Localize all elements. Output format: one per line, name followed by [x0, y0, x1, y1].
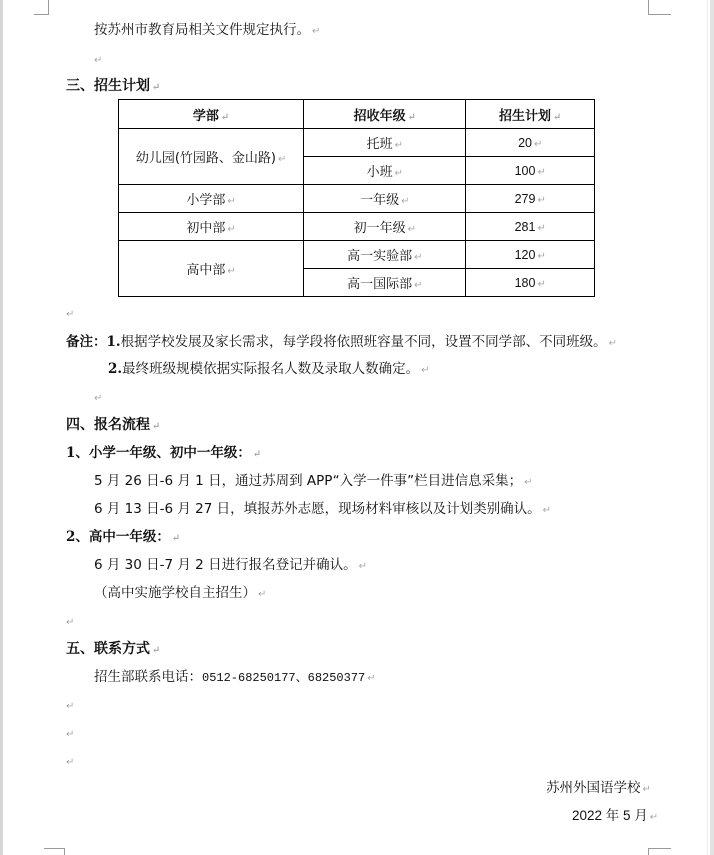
empty-paragraph: ↵: [64, 304, 74, 324]
sub2-line-2: （高中实施学校自主招生）↵: [94, 584, 266, 604]
table-row: 初中部↵ 初一年级↵ 281↵: [119, 213, 595, 241]
paragraph-mark-icon: ↵: [258, 589, 266, 600]
empty-paragraph: ↵: [92, 50, 102, 70]
grade-cell: 初一年级↵: [304, 213, 466, 241]
crop-mark-bottom-right: [648, 848, 671, 855]
paragraph-mark-icon: ↵: [421, 365, 429, 376]
paragraph-mark-icon: ↵: [524, 477, 532, 488]
table-row: 幼儿园(竹园路、金山路)↵ 托班↵ 20↵: [119, 129, 595, 157]
grade-cell: 高一国际部↵: [304, 269, 466, 297]
date-text: 2022 年 5 月: [572, 808, 648, 823]
grade-cell: 高一实验部↵: [304, 241, 466, 269]
body-text: 5 月 26 日-6 月 1 日，通过苏周到 APP“入学一件事”栏目进信息采集…: [94, 473, 522, 489]
school-name: 苏州外国语学校: [546, 780, 641, 796]
paragraph-mark-icon: ↵: [367, 673, 375, 684]
plan-cell: 281↵: [466, 213, 595, 241]
dept-cell: 高中部↵: [119, 241, 304, 297]
dept-cell: 初中部↵: [119, 213, 304, 241]
paragraph-mark-icon: ↵: [66, 309, 74, 320]
plan-cell: 120↵: [466, 241, 595, 269]
enrollment-plan-table: 学部↵ 招收年级↵ 招生计划↵ 幼儿园(竹园路、金山路)↵ 托班↵ 20↵ 小班…: [118, 99, 595, 297]
signature-date: 2022 年 5 月↵: [572, 807, 658, 827]
page-right-edge-line: [707, 0, 708, 855]
sub1-line-2: 6 月 13 日-6 月 27 日，填报苏外志愿，现场材料审核以及计划类别确认。…: [94, 500, 551, 520]
paragraph-mark-icon: ↵: [152, 645, 160, 656]
section4-sub2-title: 2、高中一年级：↵: [66, 528, 180, 548]
crop-mark-top-left: [34, 0, 49, 15]
header-grade: 招收年级↵: [304, 100, 466, 129]
paragraph-mark-icon: ↵: [66, 757, 74, 768]
paragraph-mark-icon: ↵: [152, 421, 160, 432]
plan-cell: 100↵: [466, 157, 595, 185]
page-left-edge: [0, 0, 3, 855]
plan-cell: 20↵: [466, 129, 595, 157]
table-header-row: 学部↵ 招收年级↵ 招生计划↵: [119, 100, 595, 129]
page-right-edge: [710, 0, 714, 855]
intro-text: 按苏州市教育局相关文件规定执行。: [94, 22, 310, 38]
notes-label: 备注：: [66, 334, 107, 350]
paragraph-mark-icon: ↵: [152, 82, 160, 93]
empty-paragraph: ↵: [64, 752, 74, 772]
empty-paragraph: ↵: [92, 388, 102, 408]
note-number: 2.: [108, 361, 122, 377]
paragraph-mark-icon: ↵: [94, 393, 102, 404]
grade-cell: 托班↵: [304, 129, 466, 157]
dept-cell: 幼儿园(竹园路、金山路)↵: [119, 129, 304, 185]
plan-cell: 279↵: [466, 185, 595, 213]
note-number: 1.: [107, 334, 121, 350]
empty-paragraph: ↵: [64, 612, 74, 632]
paragraph-mark-icon: ↵: [66, 729, 74, 740]
paragraph-mark-icon: ↵: [643, 784, 651, 795]
grade-cell: 小班↵: [304, 157, 466, 185]
paragraph-mark-icon: ↵: [359, 561, 367, 572]
sub1-line-1: 5 月 26 日-6 月 1 日，通过苏周到 APP“入学一件事”栏目进信息采集…: [94, 472, 533, 492]
note-line-1: 备注：1.根据学校发展及家长需求，每学段将依照班容量不同，设置不同学部、不同班级…: [66, 333, 617, 353]
plan-cell: 180↵: [466, 269, 595, 297]
note-text: 最终班级规模依据实际报名人数及录取人数确定。: [122, 361, 419, 377]
heading-text: 四、报名流程: [66, 417, 150, 433]
phone-label: 招生部联系电话：: [94, 669, 202, 685]
paragraph-mark-icon: ↵: [66, 701, 74, 712]
dept-cell: 小学部↵: [119, 185, 304, 213]
section4-heading: 四、报名流程↵: [66, 416, 160, 436]
contact-phone-line: 招生部联系电话：0512-68250177、68250377↵: [94, 668, 376, 688]
intro-line: 按苏州市教育局相关文件规定执行。↵: [94, 21, 320, 41]
heading-text: 五、联系方式: [66, 641, 150, 657]
paragraph-mark-icon: ↵: [172, 533, 180, 544]
signature-school: 苏州外国语学校↵: [546, 779, 651, 799]
empty-paragraph: ↵: [64, 696, 74, 716]
heading-text: 三、招生计划: [66, 78, 150, 94]
paragraph-mark-icon: ↵: [94, 55, 102, 66]
body-text: 6 月 13 日-6 月 27 日，填报苏外志愿，现场材料审核以及计划类别确认。: [94, 501, 541, 517]
table-row: 高中部↵ 高一实验部↵ 120↵: [119, 241, 595, 269]
table-row: 小学部↵ 一年级↵ 279↵: [119, 185, 595, 213]
paragraph-mark-icon: ↵: [543, 505, 551, 516]
subheading-text: 1、小学一年级、初中一年级：: [66, 445, 251, 461]
paragraph-mark-icon: ↵: [312, 26, 320, 37]
body-text: 6 月 30 日-7 月 2 日进行报名登记并确认。: [94, 557, 357, 573]
paragraph-mark-icon: ↵: [609, 338, 617, 349]
note-text: 根据学校发展及家长需求，每学段将依照班容量不同，设置不同学部、不同班级。: [121, 334, 607, 350]
section5-heading: 五、联系方式↵: [66, 640, 160, 660]
header-dept: 学部↵: [119, 100, 304, 129]
section3-heading: 三、招生计划↵: [66, 77, 160, 97]
section4-sub1-title: 1、小学一年级、初中一年级：↵: [66, 444, 261, 464]
paragraph-mark-icon: ↵: [253, 449, 261, 460]
body-text: （高中实施学校自主招生）: [94, 585, 256, 601]
crop-mark-bottom-left: [44, 848, 65, 855]
empty-paragraph: ↵: [64, 724, 74, 744]
note-line-2: 2.最终班级规模依据实际报名人数及录取人数确定。↵: [108, 360, 429, 380]
paragraph-mark-icon: ↵: [650, 812, 658, 823]
subheading-text: 2、高中一年级：: [66, 529, 170, 545]
phone-value: 0512-68250177、68250377: [202, 671, 365, 685]
grade-cell: 一年级↵: [304, 185, 466, 213]
header-plan: 招生计划↵: [466, 100, 595, 129]
crop-mark-top-right: [648, 0, 671, 15]
sub2-line-1: 6 月 30 日-7 月 2 日进行报名登记并确认。↵: [94, 556, 367, 576]
paragraph-mark-icon: ↵: [66, 617, 74, 628]
